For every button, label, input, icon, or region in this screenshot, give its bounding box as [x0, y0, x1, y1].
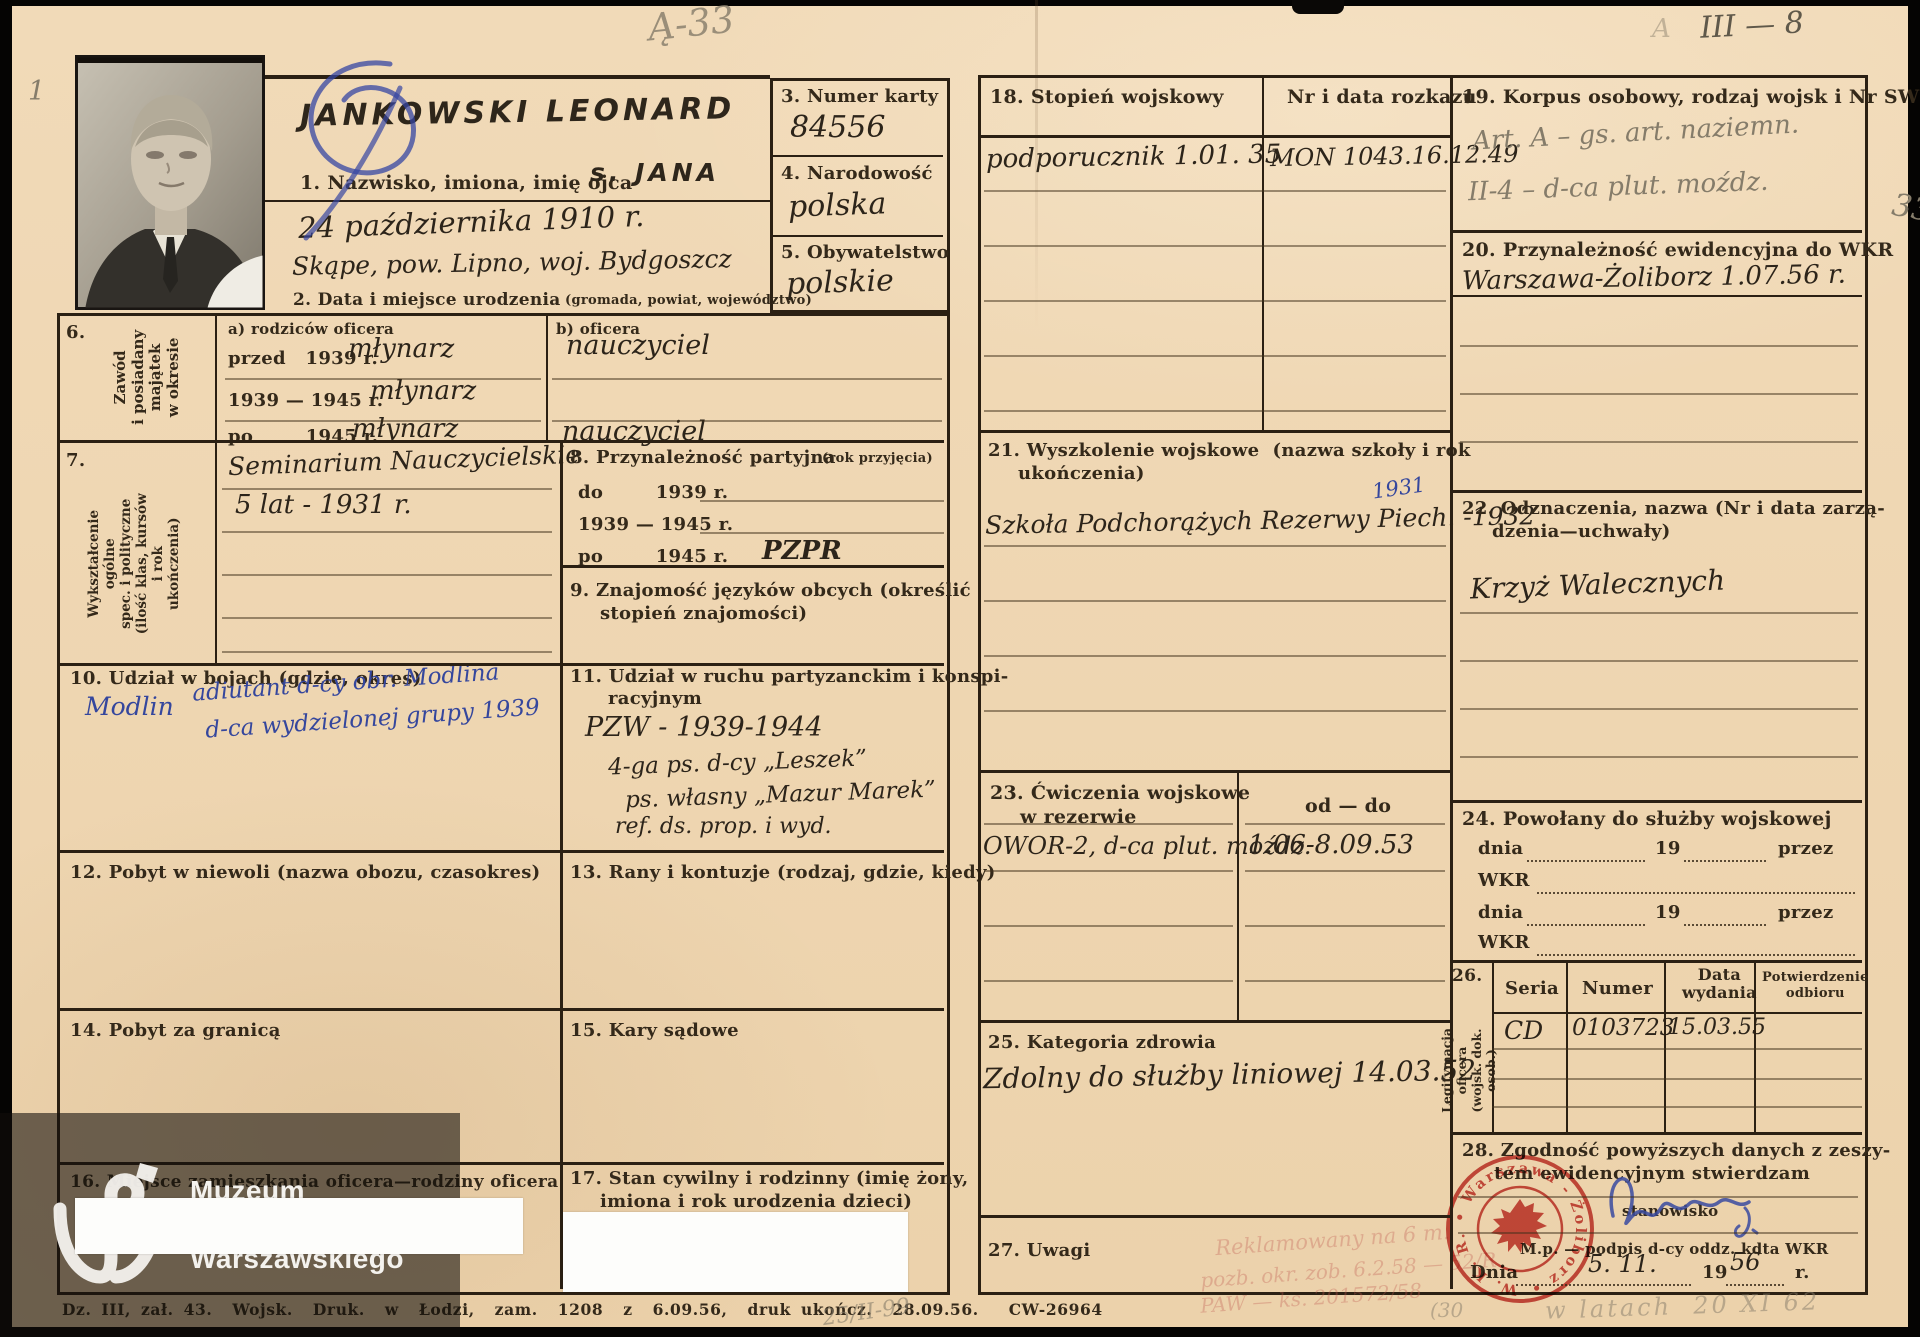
- field20-label: 20. Przynależność ewidencyjna do WKR: [1462, 239, 1893, 261]
- portrait-photo-image: [75, 55, 265, 310]
- form-line: [1450, 960, 1862, 963]
- redaction-box: [75, 1198, 523, 1254]
- annotation-margin-right: 33: [1889, 187, 1920, 229]
- field2-label-paren: (gromada, powiat, województwo): [565, 293, 812, 308]
- field26-h-data: Data wydania: [1682, 966, 1757, 1003]
- form-line: [773, 235, 943, 237]
- rule-line: [552, 378, 942, 380]
- scanned-personnel-card: JANKOWSKI LEONARD 1. Nazwisko, imiona, i…: [0, 0, 1920, 1337]
- field3-label: 3. Numer karty: [781, 86, 938, 107]
- rule-line: [984, 190, 1446, 192]
- portrait-photo: [75, 55, 265, 310]
- form-line: [1237, 770, 1239, 1020]
- rule-line: [1245, 870, 1445, 872]
- pen-scribble: [282, 52, 452, 252]
- field6-number: 6.: [66, 322, 85, 343]
- field17-label-2: imiona i rok urodzenia dzieci): [600, 1191, 912, 1212]
- rule-line: [222, 651, 552, 653]
- rule-line: [984, 710, 1446, 712]
- field12-label: 12. Pobyt w niewoli (nazwa obozu, czasok…: [70, 862, 540, 883]
- rule-line: [222, 617, 552, 619]
- dotted-line: [1684, 924, 1766, 926]
- annotation-bottom-circle: (30: [1430, 1298, 1463, 1322]
- field5-label: 5. Obywatelstwo: [781, 242, 949, 263]
- field24-wkr-1: WKR: [1478, 870, 1530, 891]
- rule-line: [984, 545, 1446, 547]
- rule-line: [1460, 345, 1858, 347]
- field6-period2: 1939 — 1945 r.: [228, 390, 383, 411]
- field18-label: 18. Stopień wojskowy: [990, 86, 1224, 108]
- field26-seria: CD: [1504, 1016, 1543, 1045]
- rule-line: [1460, 393, 1858, 395]
- rule-line: [1245, 823, 1445, 825]
- rule-line: [1245, 925, 1445, 927]
- dotted-line: [1527, 860, 1645, 862]
- father-name: s. JANA: [590, 158, 720, 187]
- field26-h-seria: Seria: [1505, 978, 1559, 999]
- field13-label: 13. Rany i kontuzje (rodzaj, gdzie, kied…: [570, 862, 996, 883]
- form-line: [1450, 490, 1862, 493]
- dotted-line: [1726, 1284, 1784, 1286]
- rule-line: [984, 980, 1233, 982]
- rule-line: [1460, 441, 1858, 443]
- dotted-line: [1516, 1284, 1691, 1286]
- form-line: [978, 135, 1450, 138]
- field26-data: 15.03.55: [1668, 1015, 1766, 1040]
- field9-label-1: 9. Znajomość języków obcych (określić: [570, 580, 971, 601]
- rule-line: [984, 655, 1446, 657]
- form-line: [978, 1215, 1450, 1218]
- dotted-line: [1537, 954, 1855, 956]
- field28-19: 19: [1702, 1262, 1728, 1283]
- field24-19-2: 19: [1655, 902, 1681, 923]
- rule-line: [225, 420, 541, 422]
- field26-h-numer: Numer: [1582, 978, 1653, 999]
- card-number: 84556: [790, 110, 885, 145]
- form-line: [560, 565, 944, 568]
- field27-label: 27. Uwagi: [988, 1240, 1091, 1261]
- field7-entry2: 5 lat - 1931 r.: [235, 490, 412, 520]
- rule-line: [1460, 708, 1858, 710]
- form-line: [57, 1008, 944, 1011]
- field4-label: 4. Narodowość: [781, 163, 933, 184]
- field18-col2: Nr i data rozkazu: [1287, 86, 1477, 108]
- form-line: [1450, 1132, 1862, 1135]
- rule-line: [984, 355, 1446, 357]
- field8-label-paren: (rok przyjęcia): [822, 451, 933, 466]
- annotation-top-right: III — 8: [1699, 5, 1804, 45]
- form-line: [978, 1020, 1450, 1023]
- field22-label-2: dzenia—uchwały): [1492, 521, 1671, 542]
- wkr-stamp: W. K. R. • Warszawa - Żoliborz •: [1444, 1153, 1596, 1305]
- rule-line: [1460, 660, 1858, 662]
- field24-19-1: 19: [1655, 838, 1681, 859]
- form-line: [1450, 800, 1862, 803]
- field24-dnia-1: dnia: [1478, 838, 1523, 859]
- rule-line: [225, 378, 541, 380]
- rule-line: [1492, 1048, 1862, 1050]
- field25-label: 25. Kategoria zdrowia: [988, 1032, 1216, 1053]
- form-line: [773, 155, 943, 157]
- field11-entry4: ref. ds. prop. i wyd.: [615, 814, 832, 839]
- field24-dnia-2: dnia: [1478, 902, 1523, 923]
- field18-rank: podporucznik 1.01. 35: [986, 139, 1282, 174]
- rule-line: [1458, 1196, 1858, 1198]
- field28-day: 5. 11.: [1588, 1250, 1657, 1278]
- field19-label: 19. Korpus osobowy, rodzaj wojsk i Nr SW: [1462, 86, 1920, 108]
- field8-row3: po 1945 r.: [578, 546, 728, 567]
- field8-party: PZPR: [762, 536, 842, 566]
- field2-label: 2. Data i miejsce urodzenia: [293, 290, 561, 310]
- nationality: polska: [787, 186, 886, 224]
- form-line: [1450, 75, 1453, 1289]
- form-line: [57, 663, 944, 666]
- rule-line: [984, 300, 1446, 302]
- form-line: [1492, 1012, 1862, 1014]
- field22-label-1: 22. Odznaczenia, nazwa (Nr i data zarzą-: [1462, 498, 1885, 519]
- field23-col2: od — do: [1305, 795, 1391, 817]
- form-line: [1262, 75, 1264, 430]
- field10-entry2: Modlin: [85, 692, 174, 721]
- annotation-margin-left: 1: [28, 76, 45, 107]
- field14-label: 14. Pobyt za granicą: [70, 1020, 281, 1041]
- rule-line: [984, 823, 1233, 825]
- field28-year: 56: [1730, 1248, 1761, 1276]
- signature: [1595, 1158, 1805, 1243]
- field9-label-2: stopień znajomości): [600, 603, 807, 624]
- form-line: [560, 440, 563, 1289]
- rule-line: [222, 531, 552, 533]
- rule-line: [552, 420, 942, 422]
- form-line: [546, 313, 548, 440]
- field6-side-label: Zawód i posiadany majątek w okresie: [88, 318, 208, 436]
- rule-line: [1245, 980, 1445, 982]
- form-line: [1450, 230, 1862, 233]
- field6-b1: nauczyciel: [566, 330, 710, 361]
- field26-number: 26.: [1452, 966, 1482, 986]
- field21-label-1: 21. Wyszkolenie wojskowe (nazwa szkoły i…: [988, 440, 1471, 461]
- field24-przez-1: przez: [1778, 838, 1833, 859]
- rule-line: [1460, 612, 1858, 614]
- field11-entry1: PZW - 1939-1944: [585, 712, 823, 743]
- rule-line: [984, 410, 1446, 412]
- field26-h-potw: Potwierdzenie odbioru: [1762, 970, 1869, 1001]
- rule-line: [984, 245, 1446, 247]
- rule-line: [1492, 1078, 1862, 1080]
- rule-line: [700, 500, 944, 502]
- field11-label-1: 11. Udział w ruchu partyzanckim i konspi…: [570, 666, 1009, 687]
- field24-wkr-2: WKR: [1478, 932, 1530, 953]
- field6-a2: młynarz: [370, 376, 476, 406]
- dotted-line: [1537, 892, 1855, 894]
- field11-label-2: racyjnym: [608, 688, 702, 709]
- field28-r: r.: [1795, 1262, 1810, 1283]
- form-line: [57, 850, 944, 853]
- field23-dates: 1.06-8.09.53: [1248, 830, 1414, 860]
- field17-label-1: 17. Stan cywilny i rodzinny (imię żony,: [570, 1168, 968, 1189]
- form-line: [57, 440, 944, 443]
- rule-line: [222, 488, 552, 490]
- field24-label: 24. Powołany do służby wojskowej: [1462, 808, 1832, 830]
- rule-line: [222, 574, 552, 576]
- field7-side-label: Wykształcenie ogólne spec. i polityczne …: [60, 468, 210, 660]
- rule-line: [984, 870, 1233, 872]
- scan-smudge: [1292, 0, 1344, 14]
- dotted-line: [1684, 860, 1766, 862]
- rule-line: [1492, 1106, 1862, 1108]
- form-line: [978, 770, 1450, 773]
- form-line: [978, 430, 1450, 433]
- annotation-top-right-a: A: [1652, 14, 1671, 44]
- rule-line: [700, 532, 944, 534]
- redaction-box: [563, 1212, 908, 1292]
- dotted-line: [1527, 924, 1645, 926]
- form-line: [1450, 295, 1862, 297]
- field21-label-2: ukończenia): [1018, 463, 1145, 484]
- rule-line: [984, 925, 1233, 927]
- rule-line: [984, 600, 1446, 602]
- field23-label-1: 23. Ćwiczenia wojskowe: [990, 782, 1250, 804]
- rule-line: [1460, 756, 1858, 758]
- field8-label: 8. Przynależność partyjna: [570, 447, 836, 468]
- field24-przez-2: przez: [1778, 902, 1833, 923]
- form-line: [215, 313, 217, 663]
- citizenship: polskie: [785, 263, 894, 302]
- field6-a1: młynarz: [348, 334, 454, 364]
- rule-line: [1458, 1232, 1858, 1234]
- field26-numer: 0103723: [1572, 1015, 1674, 1041]
- field15-label: 15. Kary sądowe: [570, 1020, 739, 1041]
